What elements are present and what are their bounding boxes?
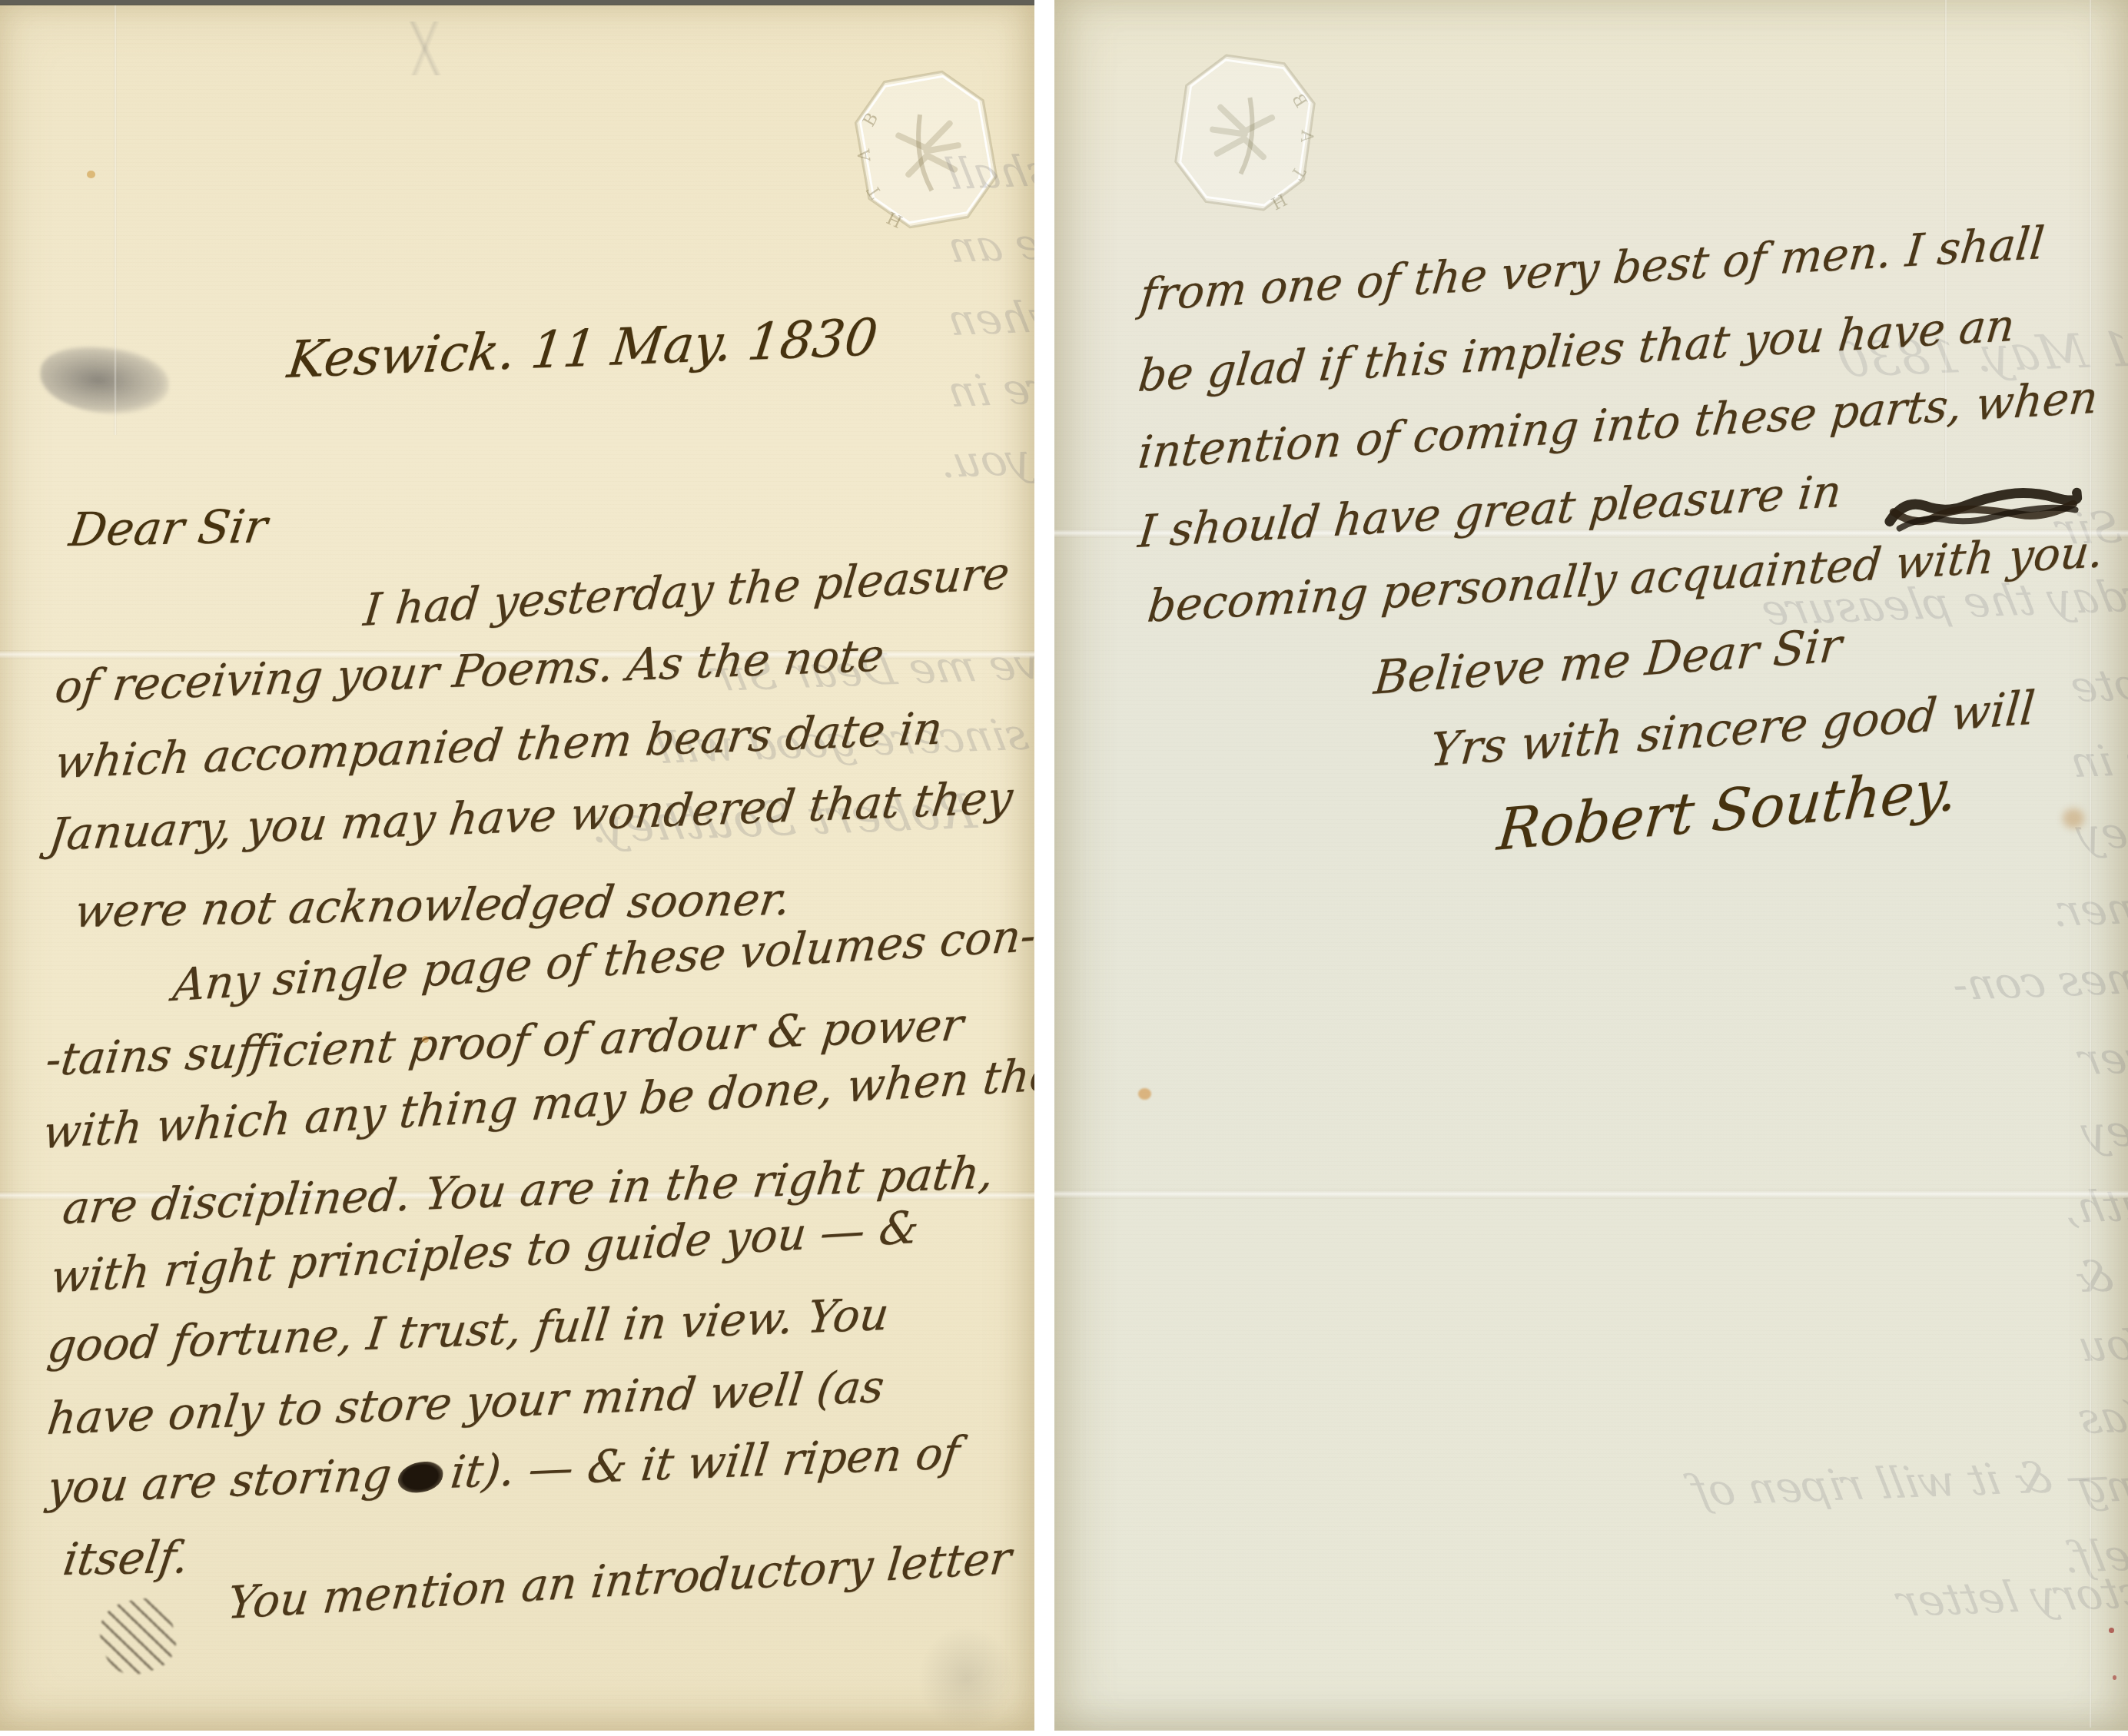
manuscript-line: you are storingit). — & it will ripen of bbox=[45, 1426, 962, 1514]
stain bbox=[2113, 1675, 2116, 1680]
fold-crease bbox=[2089, 0, 2092, 1728]
manuscript-line-part: it). — & it will ripen of bbox=[448, 1426, 962, 1499]
closing-line: Believe me Dear Sir bbox=[1372, 619, 1844, 705]
seal-letter: A bbox=[855, 148, 875, 163]
manuscript-line: have only to store your mind well (as bbox=[45, 1360, 887, 1445]
letter-scan: B A T H from one of the very best of men… bbox=[0, 0, 2128, 1736]
manuscript-line: itself. bbox=[60, 1531, 192, 1585]
manuscript-line: You mention an introductory letter bbox=[225, 1532, 1014, 1629]
bleed-through-line: of receiving your Poems. As the note bbox=[2066, 632, 2128, 712]
salutation: Dear Sir bbox=[66, 500, 271, 557]
manuscript-line: of receiving your Poems. As the note bbox=[52, 629, 887, 713]
stain bbox=[1138, 1088, 1151, 1100]
stain bbox=[2063, 808, 2084, 828]
stain bbox=[2109, 1628, 2114, 1633]
ink-smudge bbox=[918, 1626, 1014, 1730]
seal-letter: A bbox=[1296, 128, 1316, 143]
dateline: Keswick. 11 May. 1830 bbox=[284, 307, 881, 390]
bleed-through-line: which accompanied them bears date in bbox=[2066, 705, 2128, 788]
letter-page-2: B A T H Keswick. 11 May. 1830 Dear Sir I… bbox=[1054, 0, 2128, 1731]
bleed-through-line: -tains sufficient proof of ardour & powe… bbox=[2075, 1001, 2128, 1085]
bleed-through-line: Any single page of these volumes con- bbox=[1947, 929, 2128, 1011]
fold-crease bbox=[114, 5, 117, 435]
manuscript-line: which accompanied them bears date in bbox=[52, 702, 945, 788]
manuscript-line: January, you may have wondered that they bbox=[46, 771, 1015, 861]
manuscript-line: I had yesterday the pleasure bbox=[361, 546, 1012, 636]
bleed-through-line: have only to store your mind well (as bbox=[2073, 1363, 2128, 1444]
manuscript-line-part: you are storing bbox=[45, 1448, 394, 1514]
stain bbox=[87, 171, 95, 178]
bleed-through-scribble bbox=[38, 343, 171, 418]
ink-blot bbox=[397, 1461, 445, 1493]
bleed-through-line: I should have great pleasure in bbox=[943, 341, 1034, 417]
pencil-mark bbox=[369, 22, 484, 75]
bleed-through-line: intention of coming into these parts, wh… bbox=[943, 261, 1034, 346]
scan-edge bbox=[0, 0, 1034, 5]
ink-smudge bbox=[93, 1592, 184, 1682]
bleed-through-line: were not acknowledged sooner. bbox=[2047, 861, 2128, 937]
bleed-through-line: it). — & it will ripen of bbox=[1688, 1448, 2128, 1516]
letter-page-1: B A T H from one of the very best of men… bbox=[0, 5, 1034, 1731]
embossed-seal: B A T H bbox=[1166, 45, 1325, 220]
fold-crease bbox=[1054, 1190, 2128, 1199]
manuscript-line: I should have great pleasure in bbox=[1136, 465, 1844, 558]
bleed-through-line: with right principles to guide you — & bbox=[2070, 1221, 2128, 1303]
stain bbox=[422, 1036, 429, 1043]
manuscript-line: good fortune, I trust, full in view. You bbox=[45, 1288, 891, 1373]
bleed-through-line: good fortune, I trust, full in view. You bbox=[2073, 1291, 2128, 1372]
manuscript-line: were not acknowledged sooner. bbox=[71, 873, 794, 938]
signature: Robert Southey. bbox=[1495, 757, 1960, 864]
